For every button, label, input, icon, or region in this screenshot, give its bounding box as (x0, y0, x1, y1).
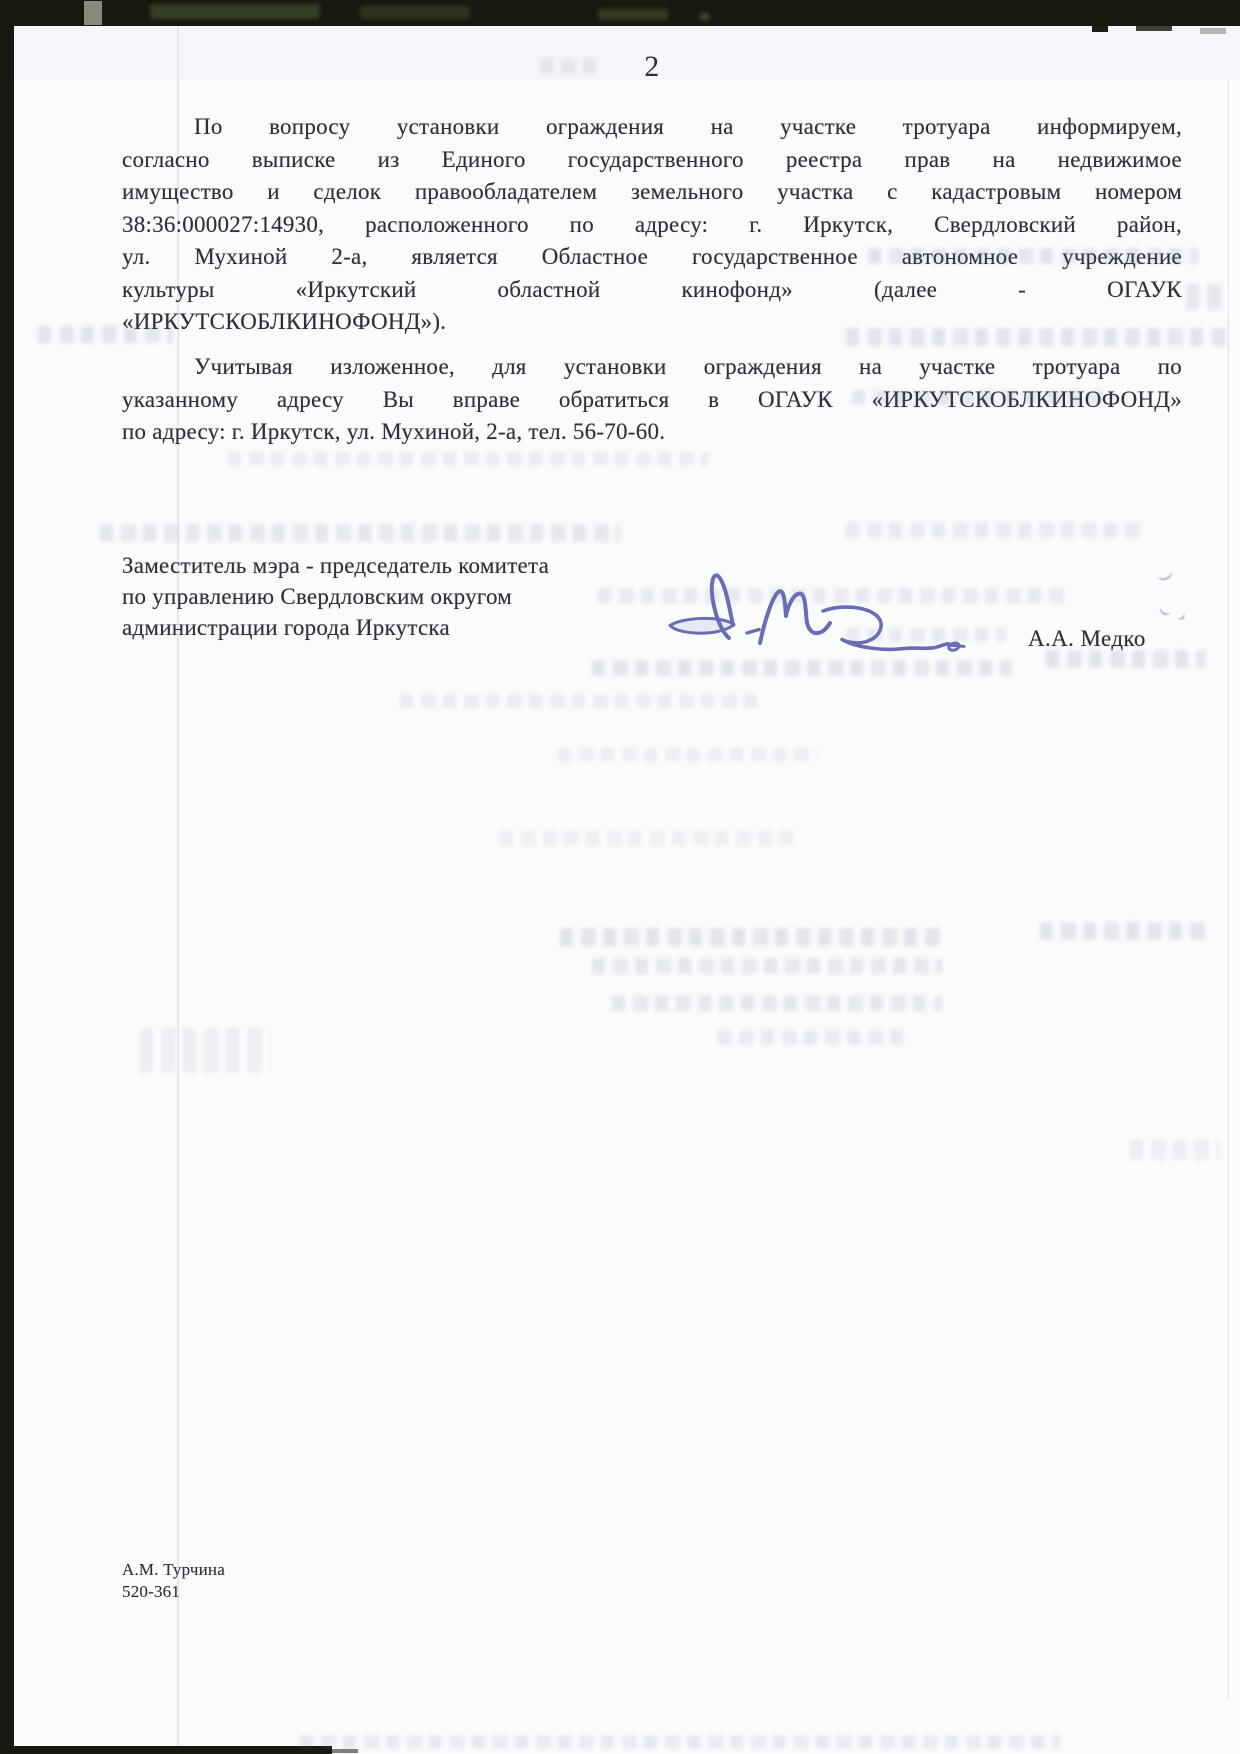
bleed-artifact (592, 660, 1012, 676)
bleed-artifact (846, 328, 1232, 346)
scan-border-top (0, 0, 1240, 26)
bleed-artifact (1046, 650, 1206, 668)
bleed-artifact (560, 928, 940, 946)
executor-phone: 520-361 (122, 1581, 225, 1603)
bleed-artifact (1040, 922, 1210, 940)
bleed-artifact (540, 58, 600, 74)
scan-border-smudge (360, 6, 470, 19)
bleed-artifact (846, 522, 1146, 538)
bleed-artifact (400, 694, 760, 708)
bleed-artifact (100, 524, 620, 542)
bleed-artifact (558, 748, 818, 762)
bleed-artifact (300, 1735, 1060, 1749)
body-line: Учитывая изложенное, для установки ограж… (122, 351, 1182, 384)
bleed-artifact (500, 830, 800, 846)
body-line: 38:36:000027:14930, расположенного по ад… (122, 209, 1182, 242)
body-line: По вопросу установки ограждения на участ… (122, 111, 1182, 144)
body-line: культуры «Иркутский областной кинофонд» … (122, 274, 1182, 307)
scan-border-left (0, 0, 14, 1754)
bleed-artifact (852, 390, 1114, 405)
bleed-artifact (612, 995, 942, 1011)
scan-mark (1200, 28, 1226, 34)
bleed-artifact (38, 326, 173, 343)
body-line: по адресу: г. Иркутск, ул. Мухиной, 2-а,… (122, 416, 1182, 449)
scan-border-smudge (700, 13, 710, 20)
bleed-artifact (868, 248, 1198, 264)
scan-border-smudge (150, 4, 320, 19)
body-line: согласно выписке из Единого государствен… (122, 144, 1182, 177)
body-line: имущество и сделок правообладателем земе… (122, 176, 1182, 209)
bleed-artifact (846, 628, 1006, 642)
scan-border-notch (84, 1, 102, 25)
page-edge-line (1228, 80, 1229, 1700)
bleed-artifact (140, 1028, 270, 1073)
page-number: 2 (122, 50, 1182, 84)
bleed-artifact (592, 958, 942, 974)
executor-name: А.М. Турчина (122, 1559, 225, 1581)
bleed-artifact (1130, 1140, 1220, 1160)
bleed-artifact (598, 588, 1068, 603)
signature-ink (630, 562, 975, 667)
bleed-artifact (228, 452, 708, 466)
scan-border-bottom-fragment (332, 1749, 358, 1753)
scan-border-smudge (598, 9, 668, 20)
bleed-artifact (718, 1030, 908, 1045)
scan-mark (1136, 26, 1172, 31)
scan-border-bottom (14, 1746, 332, 1754)
scanned-letter-page: 2 По вопросу установки ограждения на уча… (0, 0, 1240, 1754)
executor-contact: А.М. Турчина 520-361 (122, 1559, 225, 1603)
bleed-artifact (1186, 284, 1222, 310)
signer-name: А.А. Медко (1028, 626, 1146, 652)
paragraph-1: По вопросу установки ограждения на участ… (122, 111, 1182, 339)
scan-mark (1092, 26, 1108, 32)
